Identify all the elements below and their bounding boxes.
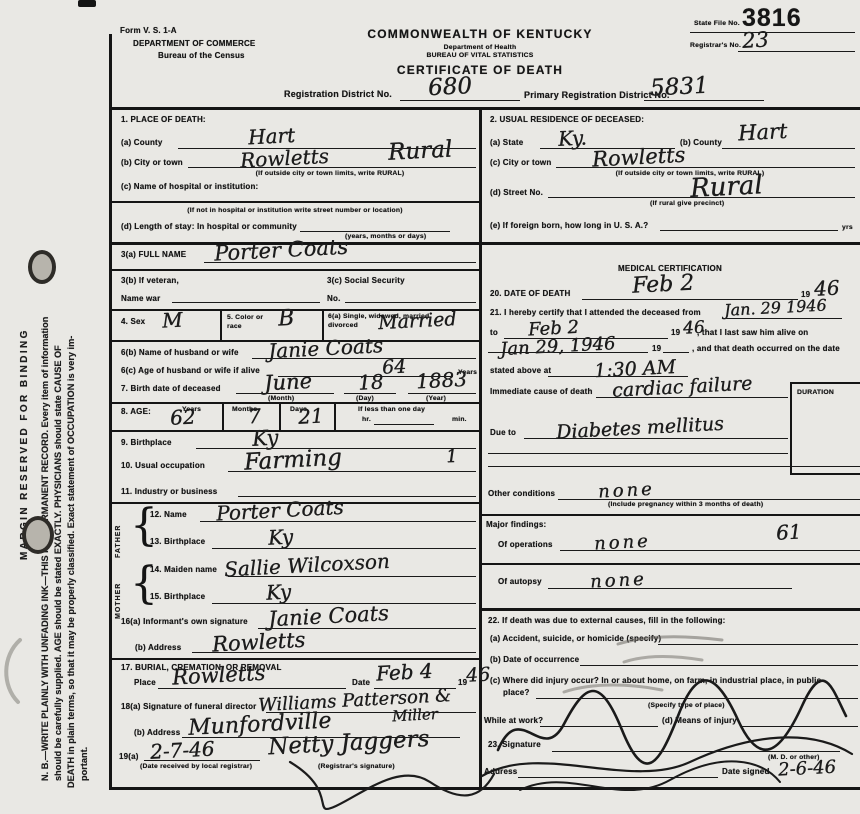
s15-value: Ky bbox=[265, 579, 291, 604]
med-autopsy-value: none bbox=[589, 569, 647, 593]
med-due-label: Due to bbox=[490, 428, 516, 437]
med-21-to-label: to bbox=[490, 328, 498, 337]
s18b-label: (b) Address bbox=[134, 728, 180, 737]
commonwealth-title: COMMONWEALTH OF KENTUCKY bbox=[330, 28, 630, 42]
duration-box-top bbox=[790, 382, 860, 384]
s2-foreign-label: (e) If foreign born, how long in U. S. A… bbox=[490, 221, 648, 230]
med-other-value: none bbox=[597, 479, 655, 503]
s2-street-label: (d) Street No. bbox=[490, 188, 543, 197]
margin-smudge bbox=[0, 636, 26, 706]
med-cause-label: Immediate cause of death bbox=[490, 387, 593, 396]
rule-s8 bbox=[109, 430, 480, 432]
s1-stay-line bbox=[300, 231, 450, 232]
s17-place-label: Place bbox=[134, 678, 156, 687]
s8-months-value: 7 bbox=[247, 404, 261, 429]
s4-value: M bbox=[161, 307, 183, 332]
med-21-to-pre: 19 bbox=[671, 328, 680, 337]
s5-value: B bbox=[277, 306, 294, 332]
s13-label: 13. Birthplace bbox=[150, 537, 205, 546]
cell-divider-age3 bbox=[334, 402, 336, 430]
s2-state-label: (a) State bbox=[490, 138, 523, 147]
s19a-note: (Date received by local registrar) bbox=[140, 763, 252, 771]
s2-county-line bbox=[722, 148, 855, 149]
med-autopsy-label: Of autopsy bbox=[498, 577, 542, 586]
s3b-label: 3(b) If veteran, bbox=[121, 276, 179, 285]
reg-district-value: 680 bbox=[427, 73, 472, 101]
ink-blot bbox=[78, 0, 96, 7]
med-stated-label: stated above at bbox=[490, 366, 551, 375]
med-21-from-value: Jan. 29 1946 bbox=[724, 295, 827, 319]
s2-city-label: (c) City or town bbox=[490, 158, 551, 167]
med-21-pre-line bbox=[663, 352, 689, 353]
s16a-label: 16(a) Informant's own signature bbox=[121, 617, 248, 626]
med-21-line3: , and that death occurred on the date bbox=[692, 344, 840, 353]
bureau-census: Bureau of the Census bbox=[158, 51, 245, 60]
s3c-label: 3(c) Social Security bbox=[327, 276, 405, 285]
med-autopsy-line bbox=[548, 588, 792, 589]
s2-foreign-suffix: yrs bbox=[842, 224, 853, 232]
s8-hr-label: hr. bbox=[362, 416, 371, 424]
bureau-vital: BUREAU OF VITAL STATISTICS bbox=[330, 52, 630, 60]
s17-place-value: Rowletts bbox=[171, 661, 265, 690]
punch-hole-bottom bbox=[22, 516, 54, 554]
s1-street-note: (If not in hospital or institution write… bbox=[130, 207, 460, 215]
pencil-smudge-3 bbox=[558, 678, 668, 700]
s19a-value: 2-7-46 bbox=[149, 736, 215, 763]
s8-days-value: 21 bbox=[297, 403, 324, 428]
s17-date-label: Date bbox=[352, 678, 370, 687]
rule-findings-top bbox=[479, 514, 860, 516]
s2-foreign-line bbox=[660, 230, 838, 231]
dept-commerce: DEPARTMENT OF COMMERCE bbox=[133, 39, 255, 48]
s16b-value: Rowletts bbox=[211, 628, 305, 657]
s1-hospital-label: (c) Name of hospital or institution: bbox=[121, 182, 258, 191]
duration-box-bottom bbox=[790, 473, 860, 475]
s1-city-note: (If outside city or town limits, write R… bbox=[200, 170, 460, 178]
s19a-label: 19(a) bbox=[119, 752, 139, 761]
med-op-label: Of operations bbox=[498, 540, 553, 549]
s11-label: 11. Industry or business bbox=[121, 487, 217, 496]
primary-district-label: Primary Registration District No. bbox=[524, 90, 670, 100]
father-side-label: FATHER bbox=[115, 525, 122, 558]
s5-label2: race bbox=[227, 323, 242, 331]
dept-health: Department of Health bbox=[330, 44, 630, 52]
s10-value: Farming bbox=[243, 444, 342, 475]
s6b-label: 6(b) Name of husband or wife bbox=[121, 348, 239, 357]
s12-label: 12. Name bbox=[150, 510, 187, 519]
s7-year-value: 1883 bbox=[415, 367, 467, 394]
med-op-value: none bbox=[593, 531, 651, 555]
s10-label: 10. Usual occupation bbox=[121, 461, 205, 470]
s1-city-line bbox=[188, 167, 476, 168]
s2-rural-value: Rural bbox=[689, 170, 763, 204]
s1-city-value: Rowletts bbox=[239, 144, 329, 173]
s10-stray-mark: 1 bbox=[445, 446, 458, 468]
s1-title: 1. PLACE OF DEATH: bbox=[121, 115, 206, 124]
state-file-line bbox=[690, 32, 855, 33]
form-number: Form V. S. 1-A bbox=[120, 26, 177, 35]
s8-hr-line bbox=[374, 424, 434, 425]
margin-note-line3: DEATH in plain terms, so that it may be … bbox=[66, 336, 76, 788]
s13-value: Ky bbox=[267, 524, 293, 549]
s6c-value: 64 bbox=[381, 355, 406, 378]
primary-district-value: 5831 bbox=[649, 72, 709, 101]
s1-city-label: (b) City or town bbox=[121, 158, 183, 167]
margin-note-line2: should be carefully supplied. AGE should… bbox=[53, 345, 63, 781]
physician-signature bbox=[480, 658, 860, 798]
s2-county-label: (b) County bbox=[680, 138, 722, 147]
primary-district-line bbox=[644, 100, 764, 101]
med-21-line1: 21. I hereby certify that I attended the… bbox=[490, 308, 701, 317]
s8-min-label: min. bbox=[452, 416, 467, 424]
s6c-label: 6(c) Age of husband or wife if alive bbox=[121, 366, 260, 375]
reg-district-label: Registration District No. bbox=[284, 89, 392, 99]
med-other-note: (Include pregnancy within 3 months of de… bbox=[608, 501, 763, 509]
med-rule-a bbox=[488, 453, 788, 454]
cell-divider-age2 bbox=[279, 402, 281, 430]
s2-title: 2. USUAL RESIDENCE OF DECEASED: bbox=[490, 115, 644, 124]
cell-divider-age1 bbox=[222, 402, 224, 430]
s2-city-value: Rowletts bbox=[591, 143, 685, 172]
s3b-label2: Name war bbox=[121, 294, 160, 303]
s2-county-value: Hart bbox=[737, 119, 788, 146]
s6a-label2: divorced bbox=[328, 322, 358, 330]
s17-date-value: Feb 4 bbox=[375, 659, 433, 686]
s8-label: 8. AGE: bbox=[121, 407, 151, 416]
s13-line bbox=[212, 548, 476, 549]
s8-years-value: 62 bbox=[169, 404, 196, 429]
med-findings-label: Major findings: bbox=[486, 520, 546, 529]
s3c-line bbox=[345, 302, 476, 303]
s3b-line bbox=[172, 302, 320, 303]
s7-day-value: 18 bbox=[357, 369, 384, 394]
s15-label: 15. Birthplace bbox=[150, 592, 205, 601]
rule-s3a bbox=[109, 269, 480, 271]
registrar-signature-flourish bbox=[280, 752, 500, 814]
s3c-label2: No. bbox=[327, 294, 341, 303]
registrar-no-label: Registrar's No. bbox=[690, 42, 741, 50]
rule-autopsy-top bbox=[479, 563, 860, 565]
cell-divider-4-5 bbox=[220, 309, 222, 341]
margin-note-line4: portant. bbox=[79, 747, 89, 781]
rule-med-bottom bbox=[479, 608, 860, 611]
death-certificate-scan: MARGIN RESERVED FOR BINDING N. B.—WRITE … bbox=[0, 0, 860, 814]
registrar-no-value: 23 bbox=[741, 27, 769, 52]
punch-hole-top bbox=[28, 250, 56, 284]
s1-county-label: (a) County bbox=[121, 138, 163, 147]
s1-stay-label: (d) Length of stay: In hospital or commu… bbox=[121, 222, 297, 231]
state-file-label: State File No. bbox=[694, 20, 740, 28]
registrar-no-line bbox=[738, 51, 855, 52]
rule-s7 bbox=[109, 402, 480, 404]
reg-district-line bbox=[400, 100, 520, 101]
med-op-number: 61 bbox=[775, 519, 802, 544]
s9-value: Ky bbox=[251, 425, 278, 450]
form-left-border bbox=[109, 34, 112, 790]
med-21-line2: , that I last saw him alive on bbox=[697, 328, 808, 337]
mother-side-label: MOTHER bbox=[115, 583, 122, 619]
s1-stay-note: (years, months or days) bbox=[345, 233, 426, 241]
med-other-label: Other conditions bbox=[488, 489, 555, 498]
med-20-label: 20. DATE OF DEATH bbox=[490, 289, 570, 298]
med-21-pre: 19 bbox=[652, 344, 661, 353]
s1-rural-value: Rural bbox=[387, 136, 452, 165]
s14-label: 14. Maiden name bbox=[150, 565, 217, 574]
s6a-value: Married bbox=[377, 308, 456, 334]
pencil-smudge-2 bbox=[618, 648, 708, 672]
s9-label: 9. Birthplace bbox=[121, 438, 172, 447]
form-top-border bbox=[109, 107, 860, 110]
s18a-value2: Miller bbox=[392, 705, 439, 725]
s8-less-label: If less than one day bbox=[358, 406, 425, 414]
s7-month-value: June bbox=[263, 369, 312, 395]
s18a-label: 18(a) Signature of funeral director bbox=[121, 702, 256, 711]
s5-label1: 5. Color or bbox=[227, 314, 263, 322]
s11-line bbox=[238, 496, 476, 497]
s3a-value: Porter Coats bbox=[213, 235, 348, 266]
s1-inner-rule bbox=[109, 201, 480, 203]
certificate-title: CERTIFICATE OF DEATH bbox=[330, 64, 630, 78]
s3a-label: 3(a) FULL NAME bbox=[121, 250, 186, 259]
duration-box-left bbox=[790, 382, 792, 474]
s2-state-value: Ky. bbox=[557, 125, 587, 150]
s7-label: 7. Birth date of deceased bbox=[121, 384, 221, 393]
s16a-value: Janie Coats bbox=[267, 601, 389, 631]
med-duration-label: DURATION bbox=[797, 389, 834, 397]
s22-title: 22. If death was due to external causes,… bbox=[488, 616, 726, 625]
s16b-label: (b) Address bbox=[135, 643, 181, 652]
s4-label: 4. Sex bbox=[121, 317, 145, 326]
med-rule-b bbox=[488, 466, 860, 467]
med-20-value: Feb 2 bbox=[631, 270, 694, 298]
